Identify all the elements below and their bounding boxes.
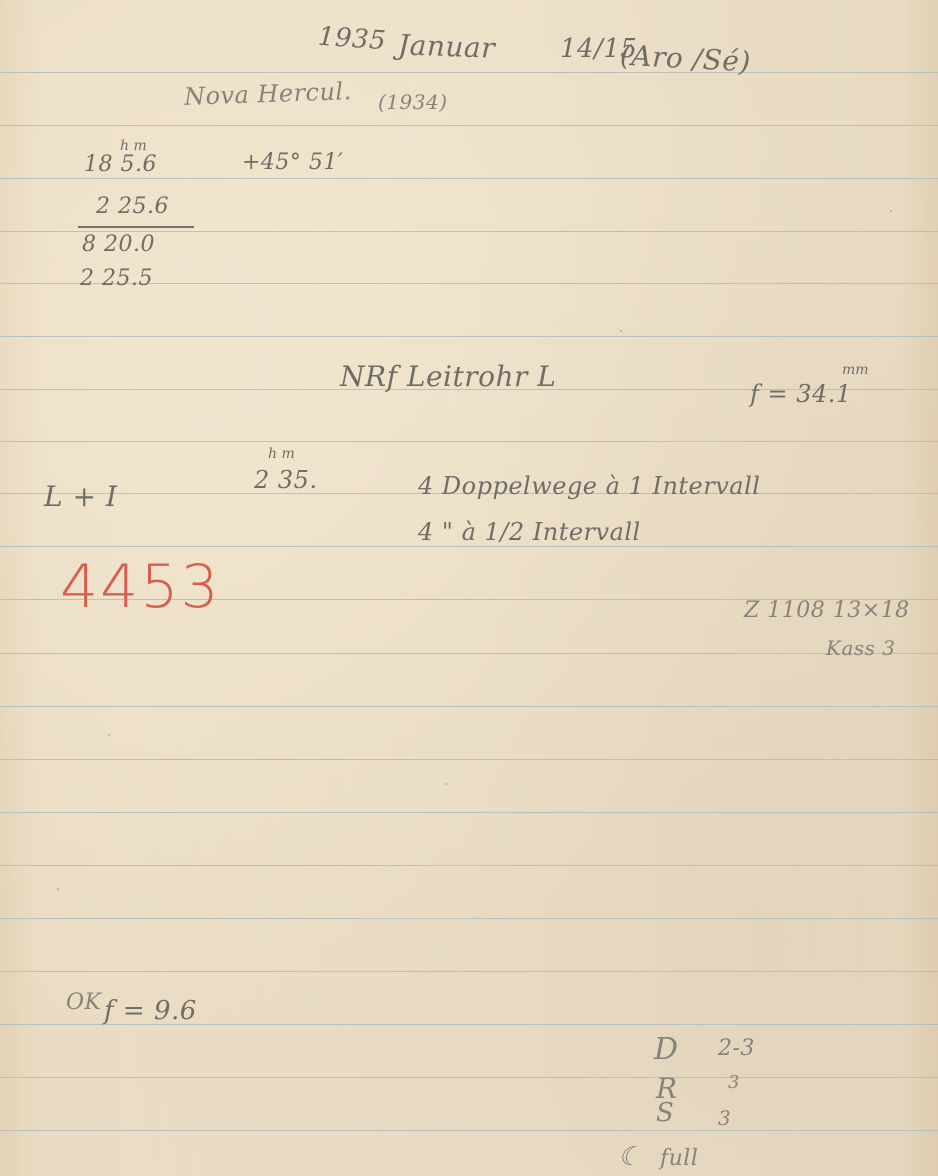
ra-value: 18 5.6 [84,152,157,177]
sum-underline [78,226,194,228]
condition-value: 3 [718,1106,731,1130]
paper-speck [57,888,59,890]
ok-mark: OK [66,990,101,1015]
object-name: Nova Hercul. [184,77,353,111]
object-year: (1934) [378,90,448,114]
paper-speck [890,210,892,212]
subtract-value: 2 25.6 [96,194,169,219]
instrument-focal: f = 34.1 [750,380,852,408]
ruled-line [0,865,938,866]
ruled-line [0,1130,938,1131]
ruled-line [0,918,938,919]
exposure-line1: 4 Doppelwege à 1 Intervall [418,472,760,500]
instrument-label: NRf Leitrohr L [340,360,556,393]
ruled-line [0,125,938,126]
plate-number: 4453 [60,552,221,622]
footer-focal: f = 9.6 [104,996,197,1026]
ruled-line [0,178,938,179]
condition-symbol: S [656,1098,674,1128]
ruled-line [0,812,938,813]
plate-info-line1: Z 1108 13×18 [744,598,910,623]
condition-value: 2-3 [718,1036,755,1061]
notebook-page: 1935 Januar 14/15 (Aro /Sé) Nova Hercul.… [0,0,938,1176]
condition-value: full [660,1146,698,1171]
condition-value: 3 [728,1072,740,1093]
condition-symbol: D [654,1032,679,1067]
ruled-line [0,336,938,337]
focal-unit: mm [842,362,869,378]
filter-label: L + I [44,480,117,513]
moon-icon: ☾ [618,1142,642,1172]
last-value: 2 25.5 [80,266,153,291]
time-units: h m [268,446,295,462]
ruled-line [0,706,938,707]
result-value: 8 20.0 [82,232,155,257]
plate-info-line2: Kass 3 [826,636,895,660]
ruled-line [0,1077,938,1078]
paper-speck [445,783,447,785]
ruled-line [0,759,938,760]
date-year: 1935 [317,22,387,57]
date-month: Januar [397,28,495,64]
ruled-line [0,971,938,972]
ruled-line [0,653,938,654]
paper-speck [620,330,622,332]
paper-speck [108,734,110,736]
exposure-time: 2 35. [254,466,318,494]
ruled-line [0,546,938,547]
date-note: (Aro /Sé) [619,39,751,79]
ruled-line [0,72,938,73]
dec-value: +45° 51′ [242,150,343,175]
ruled-line [0,441,938,442]
exposure-line2: 4 " à 1/2 Intervall [418,518,641,546]
